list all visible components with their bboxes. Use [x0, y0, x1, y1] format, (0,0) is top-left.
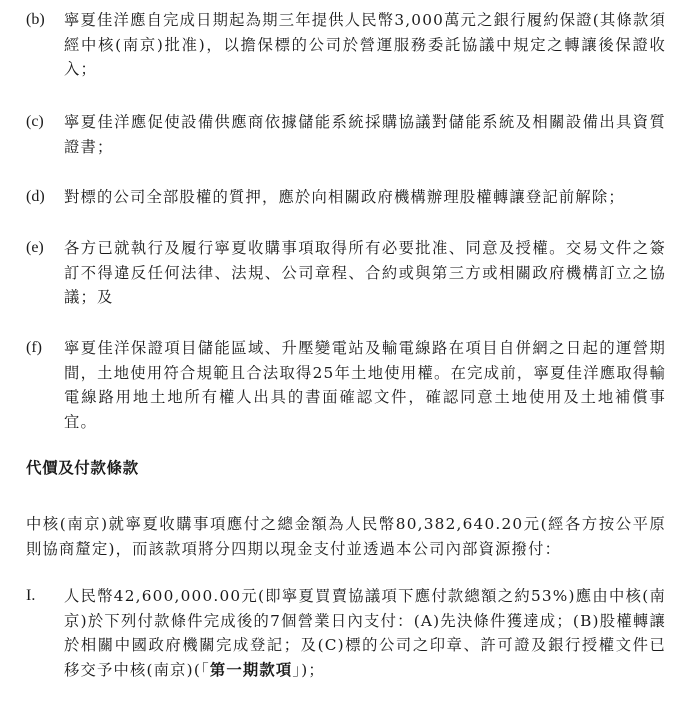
installment-text-after: 」)；: [292, 661, 325, 679]
condition-text: 寧夏佳洋保證項目儲能區域、升壓變電站及輸電線路在項目自併網之日起的運營期間，土地…: [64, 336, 666, 434]
section-heading: 代價及付款條款: [26, 456, 139, 480]
condition-label: (b): [26, 8, 45, 32]
defined-term: 第一期款項: [210, 661, 293, 679]
condition-label: (f): [26, 336, 42, 360]
condition-text: 對標的公司全部股權的質押，應於向相關政府機構辦理股權轉讓登記前解除；: [64, 185, 666, 210]
condition-label: (e): [26, 236, 44, 260]
installment-text-before: 人民幣42,600,000.00元(即寧夏買賣協議項下應付款總額之約53%)應由…: [64, 587, 666, 679]
condition-text: 寧夏佳洋應促使設備供應商依據儲能系統採購協議對儲能系統及相關設備出具資質證書；: [64, 110, 666, 159]
condition-label: (c): [26, 110, 44, 134]
installment-text: 人民幣42,600,000.00元(即寧夏買賣協議項下應付款總額之約53%)應由…: [64, 584, 666, 682]
condition-text: 寧夏佳洋應自完成日期起為期三年提供人民幣3,000萬元之銀行履約保證(其條款須經…: [64, 8, 666, 82]
condition-label: (d): [26, 185, 45, 209]
section-intro: 中核(南京)就寧夏收購事項應付之總金額為人民幣80,382,640.20元(經各…: [26, 512, 666, 561]
installment-label: I.: [26, 584, 35, 608]
condition-text: 各方已就執行及履行寧夏收購事項取得所有必要批准、同意及授權。交易文件之簽訂不得違…: [64, 236, 666, 310]
